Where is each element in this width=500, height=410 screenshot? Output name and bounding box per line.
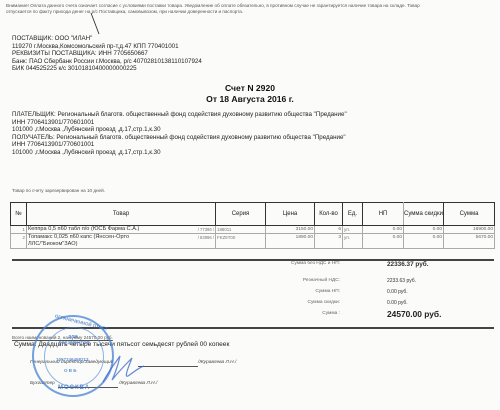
row-product: Кеппра 0,5 п60 табл п/о (ЮСБ Фарма С.А.) bbox=[27, 226, 177, 234]
row-series: FKZ5T00 bbox=[216, 234, 266, 249]
col-header-np: НП bbox=[363, 203, 404, 226]
col-header-price: Цена bbox=[266, 203, 315, 226]
table-row: 1 Кеппра 0,5 п60 табл п/о (ЮСБ Фарма С.А… bbox=[11, 226, 495, 234]
supplier-bank: Банк: ПАО Сбербанк России г.Москва, р/с … bbox=[12, 58, 202, 66]
col-header-product: Товар bbox=[27, 203, 216, 226]
row-code: / 77396 / bbox=[177, 226, 216, 234]
row-sum: 18900.00 bbox=[444, 226, 495, 234]
reserve-note: Товар по счету зарезервирован на 10 дней… bbox=[12, 188, 105, 193]
director-name: /Журавлева Л.Н./ bbox=[198, 360, 236, 365]
stamp-city: МОСКВА bbox=[58, 385, 90, 391]
row-np: 0.00 bbox=[363, 226, 404, 234]
invoice-number: Счет N 2920 bbox=[0, 83, 500, 94]
col-header-unit: Ед. bbox=[343, 203, 363, 226]
row-unit: уп. bbox=[343, 234, 363, 249]
row-sum: 5670.00 bbox=[444, 234, 495, 249]
grand-total-label: Сумма : bbox=[280, 311, 340, 316]
col-header-no: № bbox=[11, 203, 27, 226]
total-without-vat-value: 22336.37 руб. bbox=[387, 261, 429, 268]
supplier-address: 119270 г.Москва,Комсомольский пр-т,д.47 … bbox=[12, 43, 202, 51]
row-price: 1890.00 bbox=[266, 234, 315, 249]
row-np: 0.00 bbox=[363, 234, 404, 249]
total-without-vat-label: Сумма без НДС и НП: bbox=[280, 261, 340, 266]
recipient-label: ПОЛУЧАТЕЛЬ: Региональный благотв. общест… bbox=[12, 134, 347, 142]
row-unit: уп. bbox=[343, 226, 363, 234]
items-table: № Товар Серия Цена Кол-во Ед. НП Сумма с… bbox=[10, 202, 495, 249]
row-code: / 83996 / bbox=[177, 234, 216, 249]
row-no: 1 bbox=[11, 226, 27, 234]
row-qty: 6 bbox=[315, 226, 343, 234]
payer-label: ПЛАТЕЛЬЩИК: Региональный благотв. общест… bbox=[12, 111, 347, 119]
table-header-row: № Товар Серия Цена Кол-во Ед. НП Сумма с… bbox=[11, 203, 495, 226]
grand-total-value: 24570.00 руб. bbox=[387, 309, 441, 319]
col-header-qty: Кол-во bbox=[315, 203, 343, 226]
invoice-title: Счет N 2920 От 18 Августа 2016 г. bbox=[0, 83, 500, 104]
supplier-requisites: РЕКВИЗИТЫ ПОСТАВЩИКА: ИНН 7705650667 bbox=[12, 50, 202, 58]
product-name: Топамакс 0,025 п60 капс (Янссен-Орто ЛЛС… bbox=[28, 234, 176, 248]
discount-label: Сумма скидки: bbox=[280, 300, 340, 305]
vat-value: 2233.63 руб. bbox=[387, 278, 416, 284]
row-no: 2 bbox=[11, 234, 27, 249]
discount-value: 0.00 руб. bbox=[387, 300, 408, 306]
col-header-discount: Сумма скидки bbox=[404, 203, 444, 226]
row-price: 3150.00 bbox=[266, 226, 315, 234]
payer-address: 101000 ,г.Москва ,Лубянский проезд ,д.17… bbox=[12, 126, 347, 134]
np-label: Сумма НП: bbox=[280, 289, 340, 294]
stamp-ogrn: 1057746458213 bbox=[56, 357, 89, 362]
row-discount: 0.00 bbox=[404, 226, 444, 234]
col-header-series: Серия bbox=[216, 203, 266, 226]
col-header-sum: Сумма bbox=[444, 203, 495, 226]
supplier-name: ПОСТАВЩИК: ООО "ИЛАН" bbox=[12, 35, 202, 43]
recipient-inn: ИНН 7706413901/770601001 bbox=[12, 141, 347, 149]
vat-label: Резначный НДС: bbox=[280, 278, 340, 283]
row-series: 188011 bbox=[216, 226, 266, 234]
product-name: Кеппра 0,5 п60 табл п/о (ЮСБ Фарма С.А.) bbox=[28, 226, 139, 233]
parties-block: ПЛАТЕЛЬЩИК: Региональный благотв. общест… bbox=[12, 111, 347, 157]
row-discount: 0.00 bbox=[404, 234, 444, 249]
row-qty: 3 bbox=[315, 234, 343, 249]
payment-warning: Внимание! Оплата данного счета означает … bbox=[6, 3, 426, 14]
handwritten-signature-icon bbox=[98, 352, 148, 387]
supplier-block: ПОСТАВЩИК: ООО "ИЛАН" 119270 г.Москва,Ко… bbox=[12, 35, 202, 73]
invoice-date: От 18 Августа 2016 г. bbox=[0, 94, 500, 105]
payer-inn: ИНН 7706413901/770601001 bbox=[12, 119, 347, 127]
pen-mark-icon bbox=[88, 12, 102, 36]
stamp-middle2: ДОКУМЕНТОВ bbox=[58, 340, 90, 345]
recipient-address: 101000 ,г.Москва ,Лубянский проезд ,д.17… bbox=[12, 149, 347, 157]
table-row: 2 Топамакс 0,025 п60 капс (Янссен-Орто Л… bbox=[11, 234, 495, 249]
stamp-middle1: ДЛЯ bbox=[68, 334, 78, 339]
stamp-org: О В Б bbox=[64, 368, 77, 373]
supplier-bik: БИК 044525225 к/с 30101810400000000225 bbox=[12, 65, 202, 73]
row-product: Топамакс 0,025 п60 капс (Янссен-Орто ЛЛС… bbox=[27, 234, 177, 249]
np-value: 0.00 руб. bbox=[387, 289, 408, 295]
